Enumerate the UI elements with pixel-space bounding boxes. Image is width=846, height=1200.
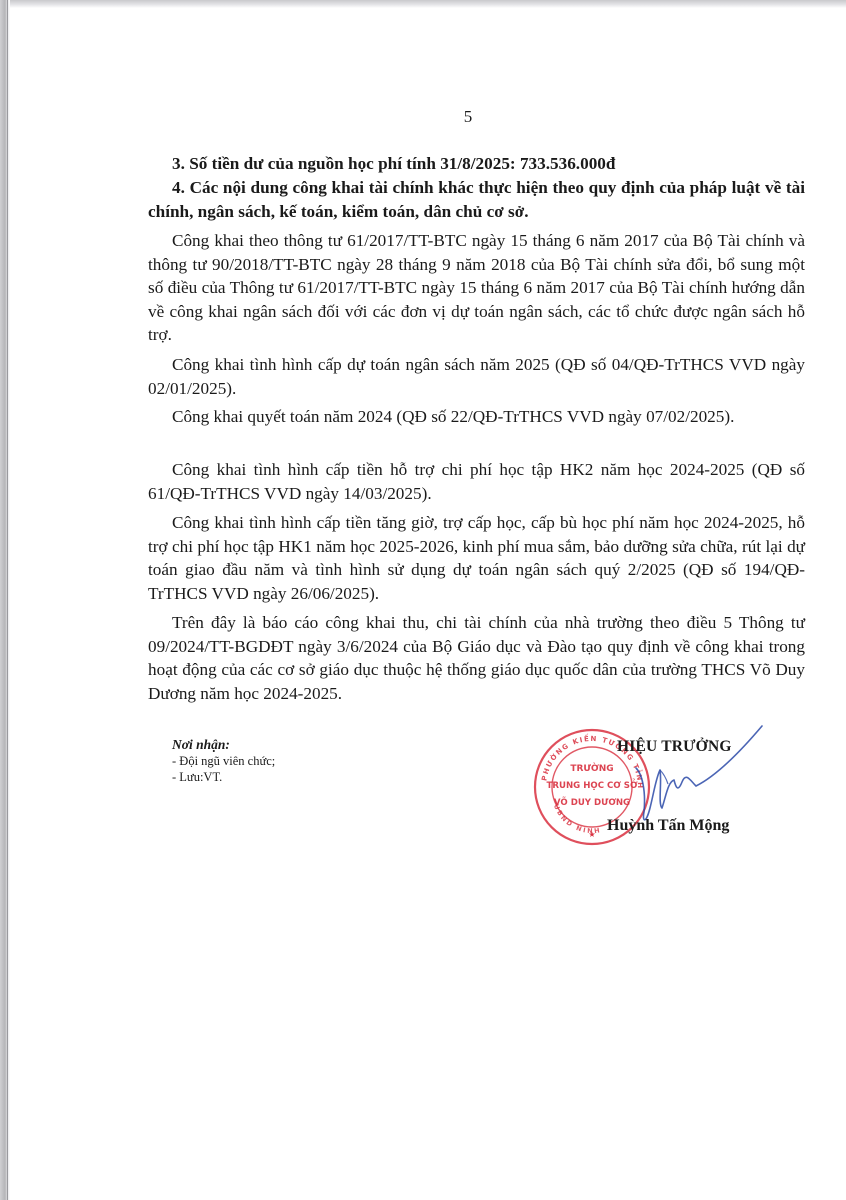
paragraph-settlement-2024: Công khai quyết toán năm 2024 (QĐ số 22/…: [148, 405, 805, 429]
signatory-name: Huỳnh Tấn Mộng: [607, 817, 729, 835]
section-item-3: 3. Số tiền dư của nguồn học phí tính 31/…: [148, 152, 805, 176]
section-item-4: 4. Các nội dung công khai tài chính khác…: [148, 176, 805, 223]
paragraph-additional-funding: Công khai tình hình cấp tiền tăng giờ, t…: [148, 511, 805, 605]
recipient-item: - Lưu:VT.: [172, 769, 275, 785]
paragraph-study-support-hk2: Công khai tình hình cấp tiền hỗ trợ chi …: [148, 458, 805, 505]
svg-text:★: ★: [588, 830, 595, 839]
paragraph-conclusion: Trên đây là báo cáo công khai thu, chi t…: [148, 611, 805, 705]
paragraph-budget-estimate: Công khai tình hình cấp dự toán ngân sác…: [148, 353, 805, 400]
stamp-line-3: VÕ DUY DƯƠNG: [554, 796, 630, 808]
document-page: 5 3. Số tiền dư của nguồn học phí tính 3…: [0, 0, 846, 1200]
recipients-title: Nơi nhận:: [172, 737, 275, 753]
paragraph-legal-basis: Công khai theo thông tư 61/2017/TT-BTC n…: [148, 229, 805, 347]
stamp-line-1: TRƯỜNG: [570, 762, 613, 774]
recipients-block: Nơi nhận: - Đội ngũ viên chức; - Lưu:VT.: [172, 737, 275, 785]
page-number: 5: [0, 107, 846, 127]
recipient-item: - Đội ngũ viên chức;: [172, 753, 275, 769]
